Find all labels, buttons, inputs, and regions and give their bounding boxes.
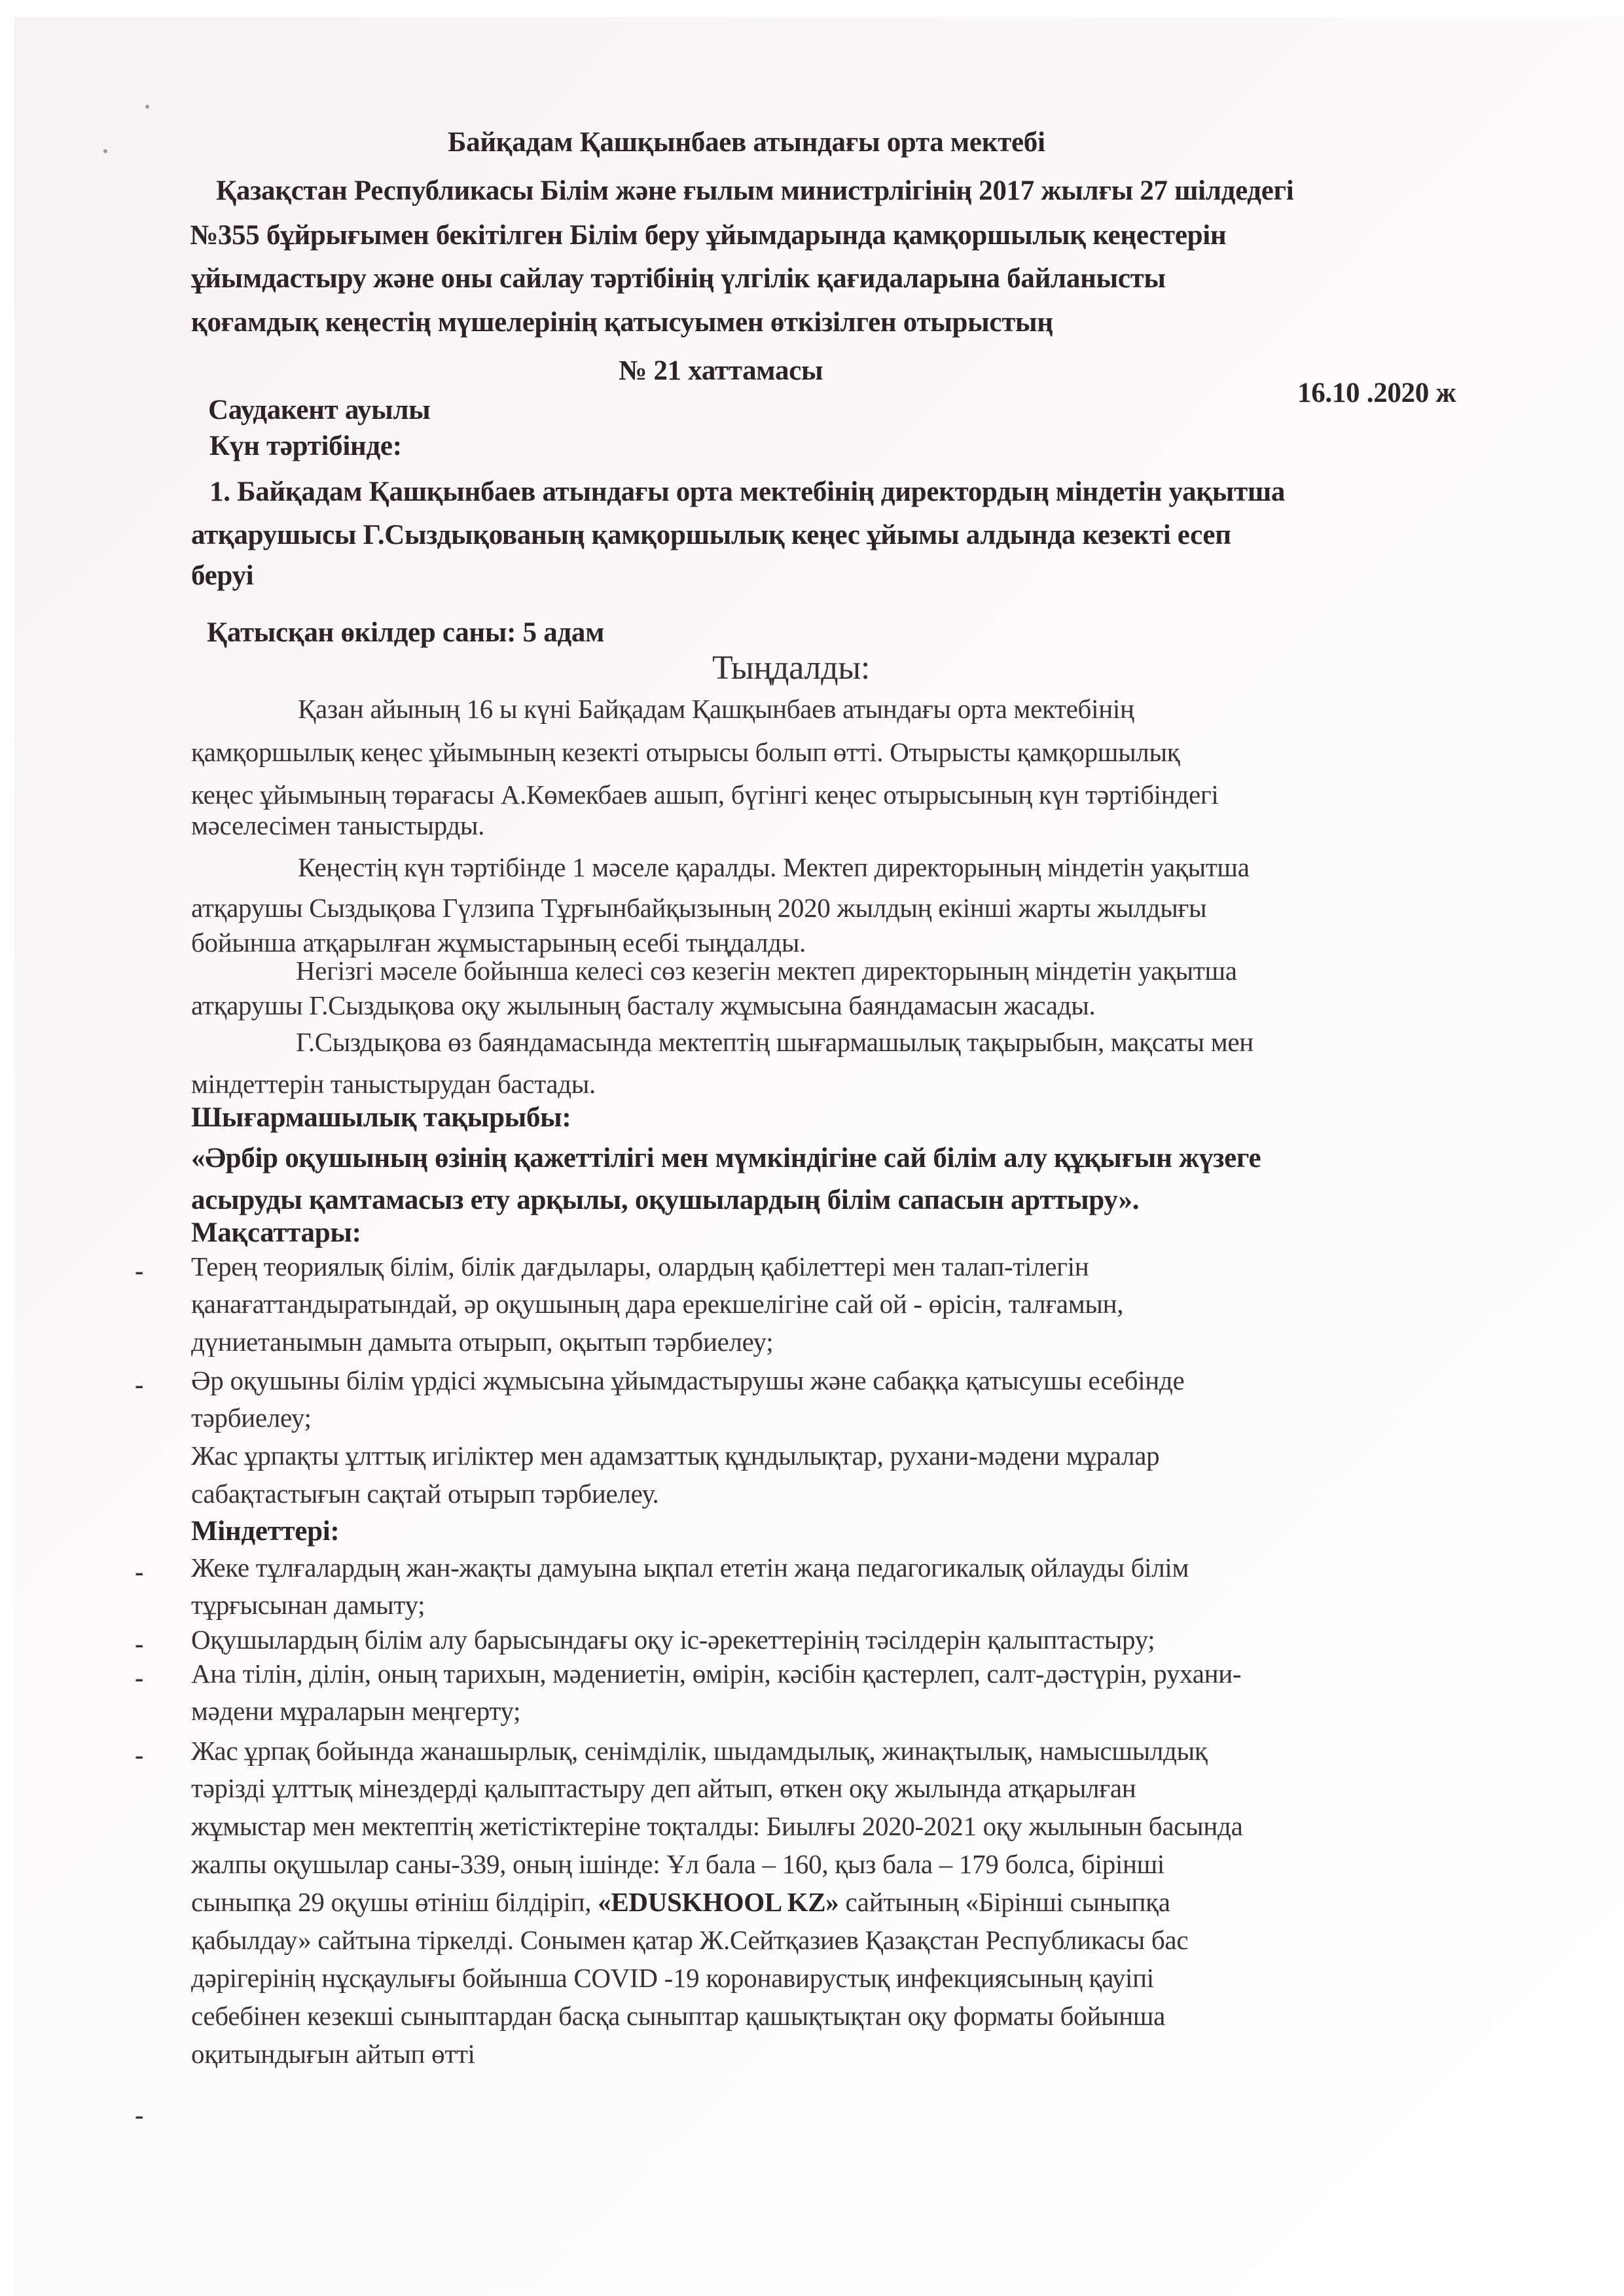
- creative-theme-label: Шығармашылық тақырыбы:: [191, 1103, 571, 1132]
- paragraph-3-line-1: Негізгі мәселе бойынша келесі сөз кезегі…: [296, 958, 1237, 984]
- protocol-document: Байқадам Қашқынбаев атындағы орта мектеб…: [0, 0, 1624, 2296]
- scan-speck: [145, 105, 149, 109]
- task-1-line-1: Жеке тұлғалардың жан-жақты дамуына ықпал…: [191, 1554, 1189, 1581]
- preamble-line-4: қоғамдық кеңестің мүшелерінің қатысуымен…: [191, 308, 1053, 336]
- paragraph-1-line-1: Қазан айының 16 ы күні Байқадам Қашқынба…: [298, 696, 1134, 723]
- task-4-line-9: оқитындығын айтып өтті: [191, 2041, 475, 2068]
- task-4-line-7: дәрігерінің нұсқаулығы бойынша COVID -19…: [191, 1965, 1154, 1992]
- goals-label: Мақсаттары:: [191, 1219, 361, 1247]
- agenda-label: Күн тәртібінде:: [209, 432, 402, 460]
- agenda-item-line-1: 1. Байқадам Қашқынбаев атындағы орта мек…: [209, 478, 1285, 506]
- paragraph-2-line-1: Кеңестің күн тәртібінде 1 мәселе қаралды…: [298, 854, 1250, 881]
- tasks-label: Міндеттері:: [191, 1517, 339, 1545]
- school-name: Байқадам Қашқынбаев атындағы орта мектеб…: [448, 128, 1045, 156]
- task-3-line-2: мәдени мұраларын меңгерту;: [191, 1698, 520, 1725]
- paragraph-3-line-2: атқарушы Г.Сыздықова оқу жылының басталу…: [191, 992, 1096, 1019]
- paragraph-1-line-3: кеңес ұйымының төрағасы А.Көмекбаев ашып…: [191, 781, 1218, 808]
- creative-theme-line-1: «Әрбір оқушының өзінің қажеттілігі мен м…: [191, 1144, 1261, 1172]
- preamble-line-1: Қазақстан Республикасы Білім және ғылым …: [216, 177, 1293, 205]
- paragraph-1-line-2: қамқоршылық кеңес ұйымының кезекті отыры…: [191, 739, 1180, 766]
- task-1-line-2: тұрғысынан дамыту;: [191, 1592, 425, 1619]
- location: Саудакент ауылы: [208, 396, 430, 424]
- creative-theme-line-2: асыруды қамтамасыз ету арқылы, оқушылард…: [191, 1186, 1139, 1214]
- attendance-count: Қатысқан өкілдер саны: 5 адам: [207, 619, 604, 647]
- task-4-line-5: сыныпқа 29 оқушы өтініш білдіріп, «EDUSK…: [191, 1889, 1170, 1916]
- paragraph-2-line-3: бойынша атқарылған жұмыстарының есебі ты…: [191, 929, 806, 956]
- preamble-line-3: ұйымдастыру және оны сайлау тәртібінің ү…: [191, 264, 1166, 293]
- task-4-line-6: қабылдау» сайтына тіркелді. Сонымен қата…: [191, 1927, 1188, 1954]
- task-4-bullet: -: [135, 1740, 143, 1770]
- paragraph-4-line-1: Г.Сыздықова өз баяндамасында мектептің ш…: [296, 1029, 1254, 1056]
- task-4-line-8: себебінен кезекші сыныптардан басқа сыны…: [191, 2003, 1165, 2030]
- paragraph-4-line-2: міндеттерін таныстырудан бастады.: [191, 1071, 596, 1098]
- protocol-title: № 21 хаттамасы: [619, 357, 823, 385]
- eduskhool-site-name: «EDUSKHOOL KZ»: [598, 1887, 839, 1917]
- protocol-date: 16.10 .2020 ж: [1297, 379, 1456, 407]
- goal-1-line-1: Терең теориялық білім, білік дағдылары, …: [191, 1253, 1089, 1280]
- task-4-line-5-start: сыныпқа 29 оқушы өтініш білдіріп,: [191, 1887, 598, 1917]
- task-4-line-4: жалпы оқушылар саны-339, оның ішінде: Ұл…: [191, 1851, 1164, 1878]
- paragraph-1-line-4: мәселесімен таныстырды.: [191, 812, 484, 839]
- heard-heading: Тыңдалды:: [712, 651, 870, 685]
- task-3-line-1: Ана тілін, ділін, оның тарихын, мәдениет…: [191, 1660, 1241, 1687]
- goal-3-line-2: сабақтастығын сақтай отырып тәрбиелеу.: [191, 1480, 659, 1507]
- task-1-bullet: -: [135, 1556, 143, 1587]
- task-2-line-1: Оқушылардың білім алу барысындағы оқу іс…: [191, 1626, 1155, 1653]
- task-3-bullet: -: [135, 1662, 143, 1693]
- goal-1-line-2: қанағаттандыратындай, әр оқушының дара е…: [191, 1291, 1123, 1318]
- task-4-line-3: жұмыстар мен мектептің жетістіктеріне то…: [191, 1813, 1243, 1840]
- task-4-line-1: Жас ұрпақ бойында жанашырлық, сенімділік…: [191, 1738, 1207, 1765]
- agenda-item-line-2: атқарушысы Г.Сыздықованың қамқоршылық ке…: [191, 521, 1231, 549]
- goal-3-line-1: Жас ұрпақты ұлттық игіліктер мен адамзат…: [191, 1443, 1159, 1469]
- goal-1-bullet: -: [135, 1255, 143, 1286]
- goal-1-line-3: дүниетанымын дамыта отырып, оқытып тәрби…: [191, 1329, 773, 1355]
- scan-speck: [103, 149, 107, 153]
- task-4-line-2: тәрізді ұлттық мінездерді қалыптастыру д…: [191, 1775, 1136, 1802]
- preamble-line-2: №355 бұйрығымен бекітілген Білім беру ұй…: [190, 221, 1226, 249]
- trailing-bullet: -: [135, 2100, 143, 2130]
- task-2-bullet: -: [135, 1628, 143, 1659]
- paragraph-2-line-2: атқарушы Сыздықова Гүлзипа Тұрғынбайқызы…: [191, 895, 1206, 922]
- goal-2-bullet: -: [135, 1369, 143, 1400]
- task-4-line-5-end: сайтының «Бірінші сыныпқа: [839, 1887, 1170, 1917]
- agenda-item-line-3: беруі: [191, 562, 253, 590]
- goal-2-line-1: Әр оқушыны білім үрдісі жұмысына ұйымдас…: [191, 1367, 1184, 1394]
- goal-2-line-2: тәрбиелеу;: [191, 1405, 312, 1431]
